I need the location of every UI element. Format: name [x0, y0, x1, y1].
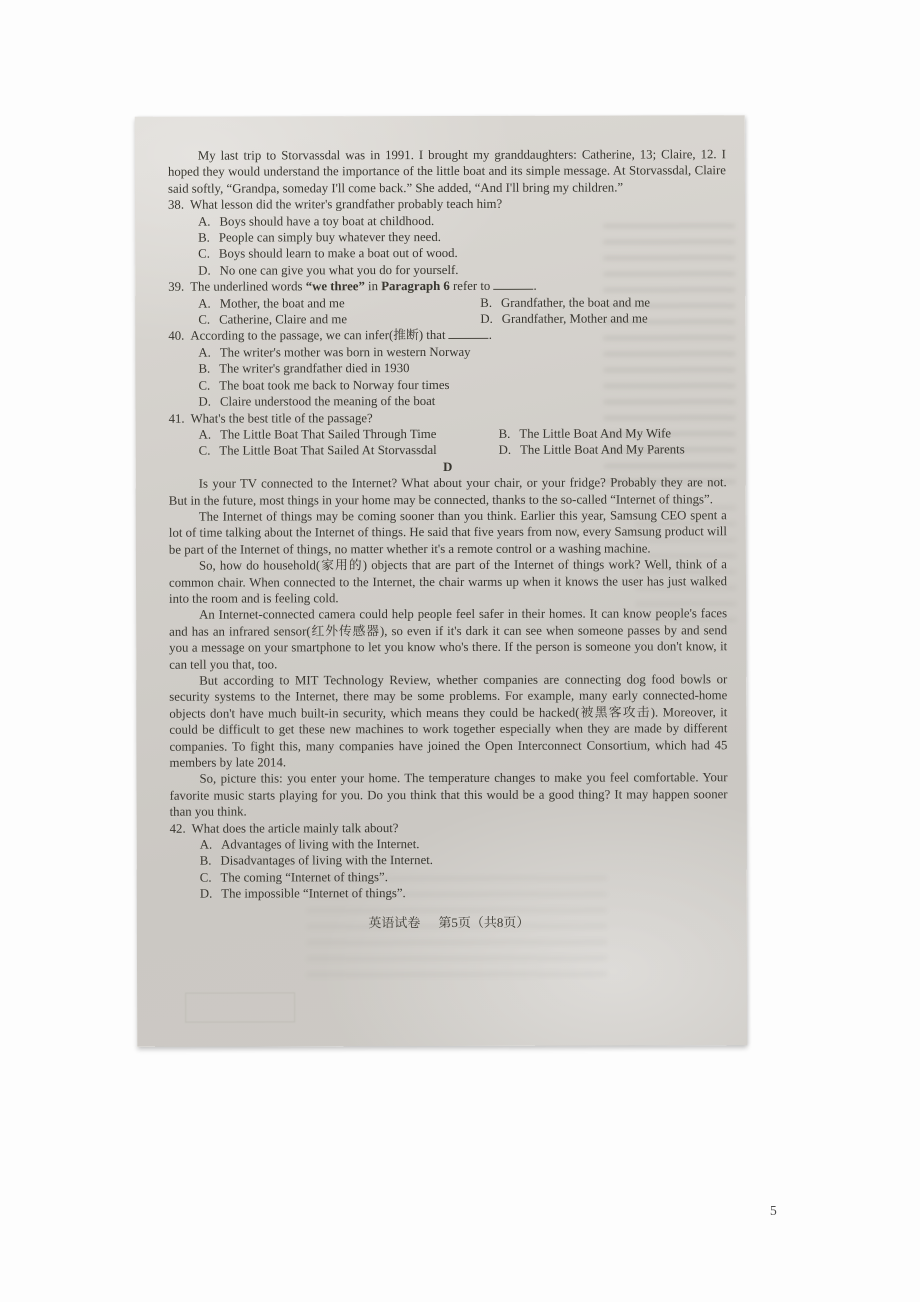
option-a: A.The writer's mother was born in wester… [198, 343, 726, 361]
question-41-options: A.The Little Boat That Sailed Through Ti… [199, 425, 727, 459]
option-d: D.No one can give you what you do for yo… [198, 261, 726, 279]
question-39: 39.The underlined words “we three” in Pa… [168, 278, 726, 329]
question-42-stem: 42.What does the article mainly talk abo… [170, 819, 728, 837]
option-text: The writer's mother was born in western … [220, 345, 471, 360]
option-text: Grandfather, Mother and me [502, 312, 648, 326]
passage-d-paragraph: Is your TV connected to the Internet? Wh… [169, 474, 727, 508]
option-label: A. [198, 345, 210, 359]
option-label: C. [198, 247, 210, 261]
option-d: D.The impossible “Internet of things”. [200, 885, 728, 903]
option-text: Advantages of living with the Internet. [221, 837, 419, 852]
option-c: C.The coming “Internet of things”. [200, 868, 728, 886]
option-text: Mother, the boat and me [220, 296, 345, 310]
page-content: My last trip to Storvassdal was in 1991.… [135, 115, 747, 1047]
question-42-options: A.Advantages of living with the Internet… [200, 835, 728, 902]
option-d: D.Grandfather, Mother and me [480, 311, 647, 328]
option-b: B.Grandfather, the boat and me [480, 294, 650, 311]
option-label: D. [480, 312, 492, 326]
question-number: 39. [168, 280, 184, 294]
answer-blank [449, 327, 489, 339]
question-text: What lesson did the writer's grandfather… [190, 197, 502, 212]
option-text: No one can give you what you do for your… [220, 263, 459, 278]
option-text: The writer's grandfather died in 1930 [219, 361, 409, 375]
option-a: A.Advantages of living with the Internet… [200, 835, 728, 853]
question-text: What does the article mainly talk about? [192, 821, 399, 836]
option-d: D.Claire understood the meaning of the b… [199, 392, 727, 410]
option-b: B.The Little Boat And My Wife [499, 425, 672, 442]
option-d: D.The Little Boat And My Parents [499, 442, 685, 459]
passage-c-last-paragraph: My last trip to Storvassdal was in 1991.… [168, 146, 726, 197]
underlined-words: “we three” [306, 279, 365, 293]
option-c: C.The boat took me back to Norway four t… [198, 376, 726, 394]
option-label: B. [198, 362, 210, 376]
passage-d-paragraph: An Internet-connected camera could help … [169, 606, 727, 673]
option-label: B. [198, 231, 210, 245]
question-40: 40.According to the passage, we can infe… [168, 327, 726, 410]
option-text: Disadvantages of living with the Interne… [220, 853, 433, 868]
question-number: 42. [170, 821, 186, 835]
question-text: in [365, 279, 381, 293]
question-number: 40. [168, 329, 184, 343]
option-a: A.Boys should have a toy boat at childho… [198, 212, 726, 230]
question-42: 42.What does the article mainly talk abo… [170, 819, 728, 902]
option-label: A. [200, 838, 212, 852]
option-text: Grandfather, the boat and me [501, 295, 650, 309]
option-label: C. [200, 870, 212, 884]
passage-d-paragraph: The Internet of things may be coming soo… [169, 507, 727, 558]
scanned-exam-page: My last trip to Storvassdal was in 1991.… [135, 115, 747, 1047]
option-label: B. [499, 427, 511, 441]
option-label: C. [198, 378, 210, 392]
option-text: The boat took me back to Norway four tim… [219, 378, 449, 393]
option-label: D. [199, 395, 211, 409]
option-b: B.Disadvantages of living with the Inter… [200, 852, 728, 870]
section-d-header: D [169, 458, 727, 476]
period: . [489, 328, 492, 342]
option-label: C. [198, 313, 210, 327]
option-text: The Little Boat And My Wife [519, 426, 671, 440]
page-footer: 英语试卷第5页（共8页） [170, 914, 728, 932]
option-label: C. [199, 444, 211, 458]
question-39-options: A.Mother, the boat and me B.Grandfather,… [198, 294, 726, 328]
question-38: 38.What lesson did the writer's grandfat… [168, 195, 726, 278]
option-c: C.Boys should learn to make a boat out o… [198, 245, 726, 263]
question-40-stem: 40.According to the passage, we can infe… [168, 327, 726, 345]
question-number: 41. [169, 411, 185, 425]
option-label: D. [198, 263, 210, 277]
option-b: B.The writer's grandfather died in 1930 [198, 360, 726, 378]
paragraph-ref: Paragraph 6 [381, 279, 450, 293]
option-label: D. [499, 443, 511, 457]
question-text: According to the passage, we can infer(推… [190, 328, 448, 343]
option-c: C.Catherine, Claire and me [198, 311, 480, 328]
question-text: What's the best title of the passage? [191, 411, 373, 425]
option-label: B. [480, 296, 492, 310]
option-text: Claire understood the meaning of the boa… [220, 394, 435, 409]
option-text: Boys should learn to make a boat out of … [219, 246, 458, 261]
question-38-options: A.Boys should have a toy boat at childho… [198, 212, 726, 279]
option-c: C.The Little Boat That Sailed At Storvas… [199, 442, 499, 459]
option-b: B.People can simply buy whatever they ne… [198, 228, 726, 246]
option-text: The coming “Internet of things”. [221, 870, 388, 884]
passage-d-paragraph: But according to MIT Technology Review, … [169, 671, 727, 771]
question-number: 38. [168, 198, 184, 212]
passage-d-paragraph: So, how do household(家用的) objects that a… [169, 556, 727, 607]
period: . [533, 279, 536, 293]
answer-blank [493, 278, 533, 290]
outer-page-number: 5 [770, 1203, 777, 1219]
option-label: D. [200, 887, 212, 901]
page-indicator: 第5页（共8页） [438, 914, 529, 929]
option-text: Catherine, Claire and me [219, 312, 347, 326]
option-a: A.The Little Boat That Sailed Through Ti… [199, 426, 499, 443]
question-41-stem: 41.What's the best title of the passage? [169, 409, 727, 427]
option-text: The impossible “Internet of things”. [221, 886, 405, 900]
question-40-options: A.The writer's mother was born in wester… [198, 343, 726, 410]
option-text: The Little Boat And My Parents [520, 443, 685, 457]
question-text: refer to [450, 279, 494, 293]
option-a: A.Mother, the boat and me [198, 295, 480, 312]
question-41: 41.What's the best title of the passage?… [169, 409, 727, 460]
option-label: A. [198, 296, 210, 310]
option-text: The Little Boat That Sailed At Storvassd… [219, 443, 436, 458]
question-text: The underlined words [190, 280, 306, 294]
question-39-stem: 39.The underlined words “we three” in Pa… [168, 278, 726, 296]
option-label: A. [198, 214, 210, 228]
option-text: Boys should have a toy boat at childhood… [219, 214, 434, 229]
exam-name: 英语试卷 [368, 915, 420, 930]
option-label: A. [199, 428, 211, 442]
passage-d-paragraph: So, picture this: you enter your home. T… [169, 770, 727, 821]
question-38-stem: 38.What lesson did the writer's grandfat… [168, 195, 726, 213]
option-text: People can simply buy whatever they need… [219, 230, 441, 245]
option-label: B. [200, 854, 212, 868]
option-text: The Little Boat That Sailed Through Time [220, 427, 436, 442]
